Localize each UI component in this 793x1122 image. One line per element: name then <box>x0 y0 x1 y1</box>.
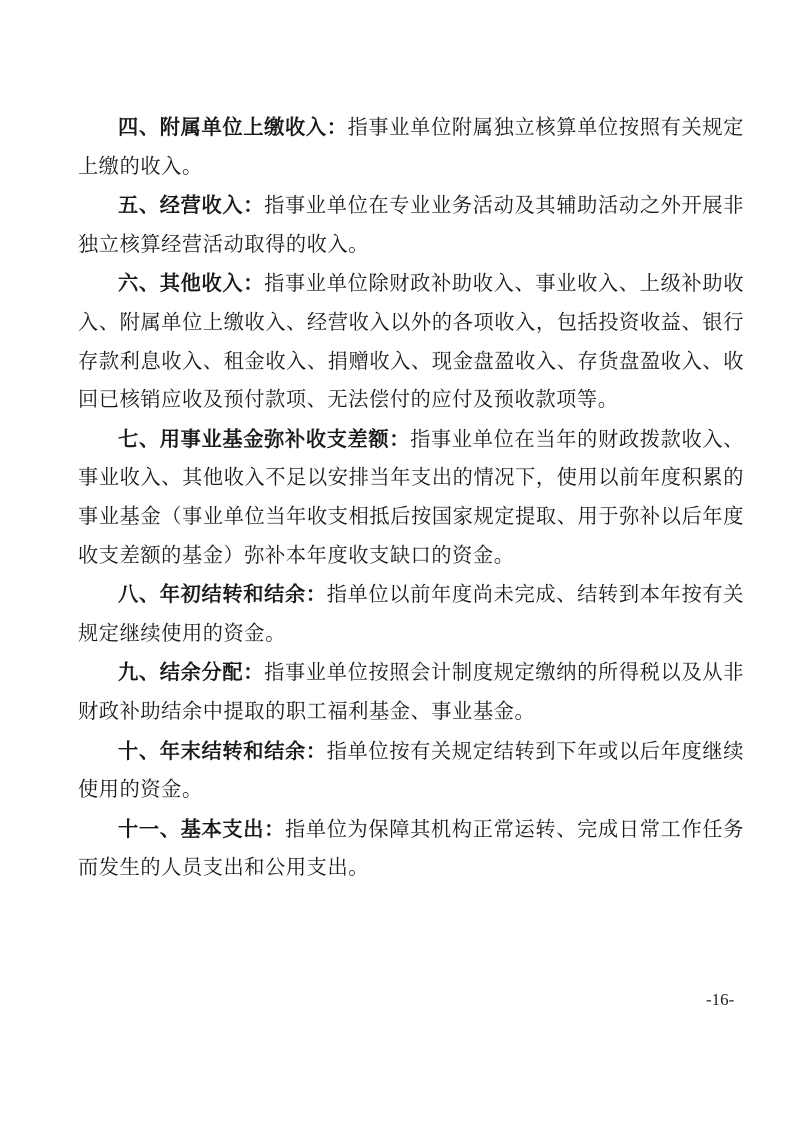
section-term: 七、用事业基金弥补收支差额： <box>118 427 410 451</box>
section-4: 四、附属单位上缴收入：指事业单位附属独立核算单位按照有关规定上缴的收入。 <box>78 108 744 185</box>
section-term: 十一、基本支出： <box>118 817 285 841</box>
section-11: 十一、基本支出：指单位为保障其机构正常运转、完成日常工作任务而发生的人员支出和公… <box>78 810 744 887</box>
section-9: 九、结余分配：指事业单位按照会计制度规定缴纳的所得税以及从非财政补助结余中提取的… <box>78 653 744 730</box>
section-7: 七、用事业基金弥补收支差额：指事业单位在当年的财政拨款收入、事业收入、其他收入不… <box>78 420 744 574</box>
section-term: 六、其他收入： <box>118 271 264 295</box>
section-term: 十、年末结转和结余： <box>118 739 327 763</box>
document-page: 四、附属单位上缴收入：指事业单位附属独立核算单位按照有关规定上缴的收入。 五、经… <box>78 108 744 888</box>
section-6: 六、其他收入：指事业单位除财政补助收入、事业收入、上级补助收入、附属单位上缴收入… <box>78 264 744 418</box>
section-term: 八、年初结转和结余： <box>118 582 327 606</box>
section-8: 八、年初结转和结余：指单位以前年度尚未完成、结转到本年按有关规定继续使用的资金。 <box>78 575 744 652</box>
page-number: -16- <box>706 990 734 1010</box>
section-term: 四、附属单位上缴收入： <box>118 115 348 139</box>
section-10: 十、年末结转和结余：指单位按有关规定结转到下年或以后年度继续使用的资金。 <box>78 732 744 809</box>
section-term: 九、结余分配： <box>118 660 264 684</box>
section-5: 五、经营收入：指事业单位在专业业务活动及其辅助活动之外开展非独立核算经营活动取得… <box>78 186 744 263</box>
section-term: 五、经营收入： <box>118 193 264 217</box>
